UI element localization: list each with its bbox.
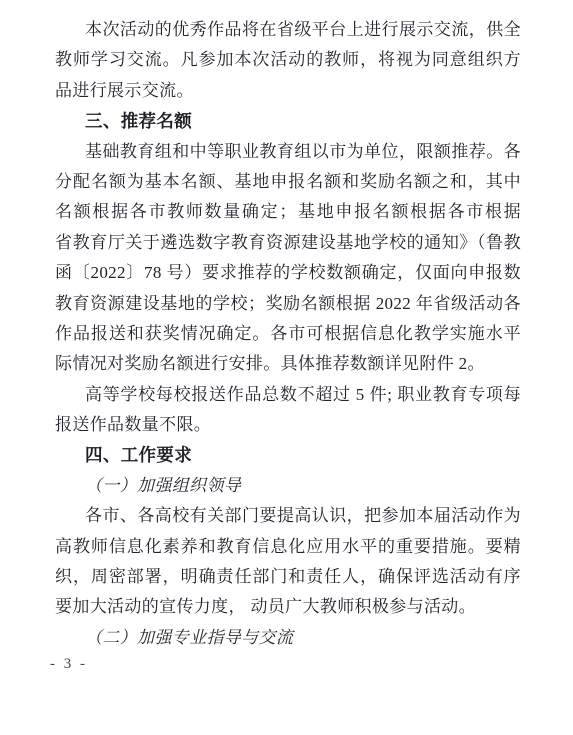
text-line: 际情况对奖励名额进行安排。具体推荐数额详见附件 2。 <box>55 349 521 379</box>
text-line: 教育资源建设基地的学校；奖励名额根据 2022 年省级活动各市 <box>55 289 521 319</box>
sub-heading: （一）加强组织领导 <box>55 471 521 501</box>
text-line: 教师学习交流。凡参加本次活动的教师，将视为同意组织方将作 <box>55 45 521 75</box>
text-line: 作品报送和获奖情况确定。各市可根据信息化教学实施水平等实 <box>55 319 521 349</box>
text-line: 各市、各高校有关部门要提高认识，把参加本届活动作为提 <box>55 501 521 531</box>
text-line: 省教育厅关于遴选数字教育资源建设基地学校的通知》（鲁教科 <box>55 228 521 258</box>
text-line: 函〔2022〕78 号）要求推荐的学校数额确定，仅面向申报数字 <box>55 258 521 288</box>
section-heading: 四、工作要求 <box>55 440 521 470</box>
document-body: 本次活动的优秀作品将在省级平台上进行展示交流，供全省教师学习交流。凡参加本次活动… <box>55 15 521 653</box>
text-line: 分配名额为基本名额、基地申报名额和奖励名额之和，其中基本 <box>55 167 521 197</box>
section-heading: 三、推荐名额 <box>55 106 521 136</box>
text-line: 基础教育组和中等职业教育组以市为单位，限额推荐。各市 <box>55 137 521 167</box>
text-line: 名额根据各市教师数量确定；基地申报名额根据各市根据《山东 <box>55 197 521 227</box>
page-number: - 3 - <box>50 656 88 673</box>
sub-heading: （二）加强专业指导与交流 <box>55 623 521 653</box>
text-line: 高等学校每校报送作品总数不超过 5 件; 职业教育专项每校 <box>55 380 521 410</box>
text-line: 要加大活动的宣传力度， 动员广大教师积极参与活动。 <box>55 592 521 622</box>
text-line: 高教师信息化素养和教育信息化应用水平的重要措施。要精心组 <box>55 532 521 562</box>
text-line: 品进行展示交流。 <box>55 76 521 106</box>
document-page: 本次活动的优秀作品将在省级平台上进行展示交流，供全省教师学习交流。凡参加本次活动… <box>0 0 573 735</box>
text-line: 织，周密部署，明确责任部门和责任人，确保评选活动有序开展。 <box>55 562 521 592</box>
text-line: 报送作品数量不限。 <box>55 410 521 440</box>
text-line: 本次活动的优秀作品将在省级平台上进行展示交流，供全省 <box>55 15 521 45</box>
